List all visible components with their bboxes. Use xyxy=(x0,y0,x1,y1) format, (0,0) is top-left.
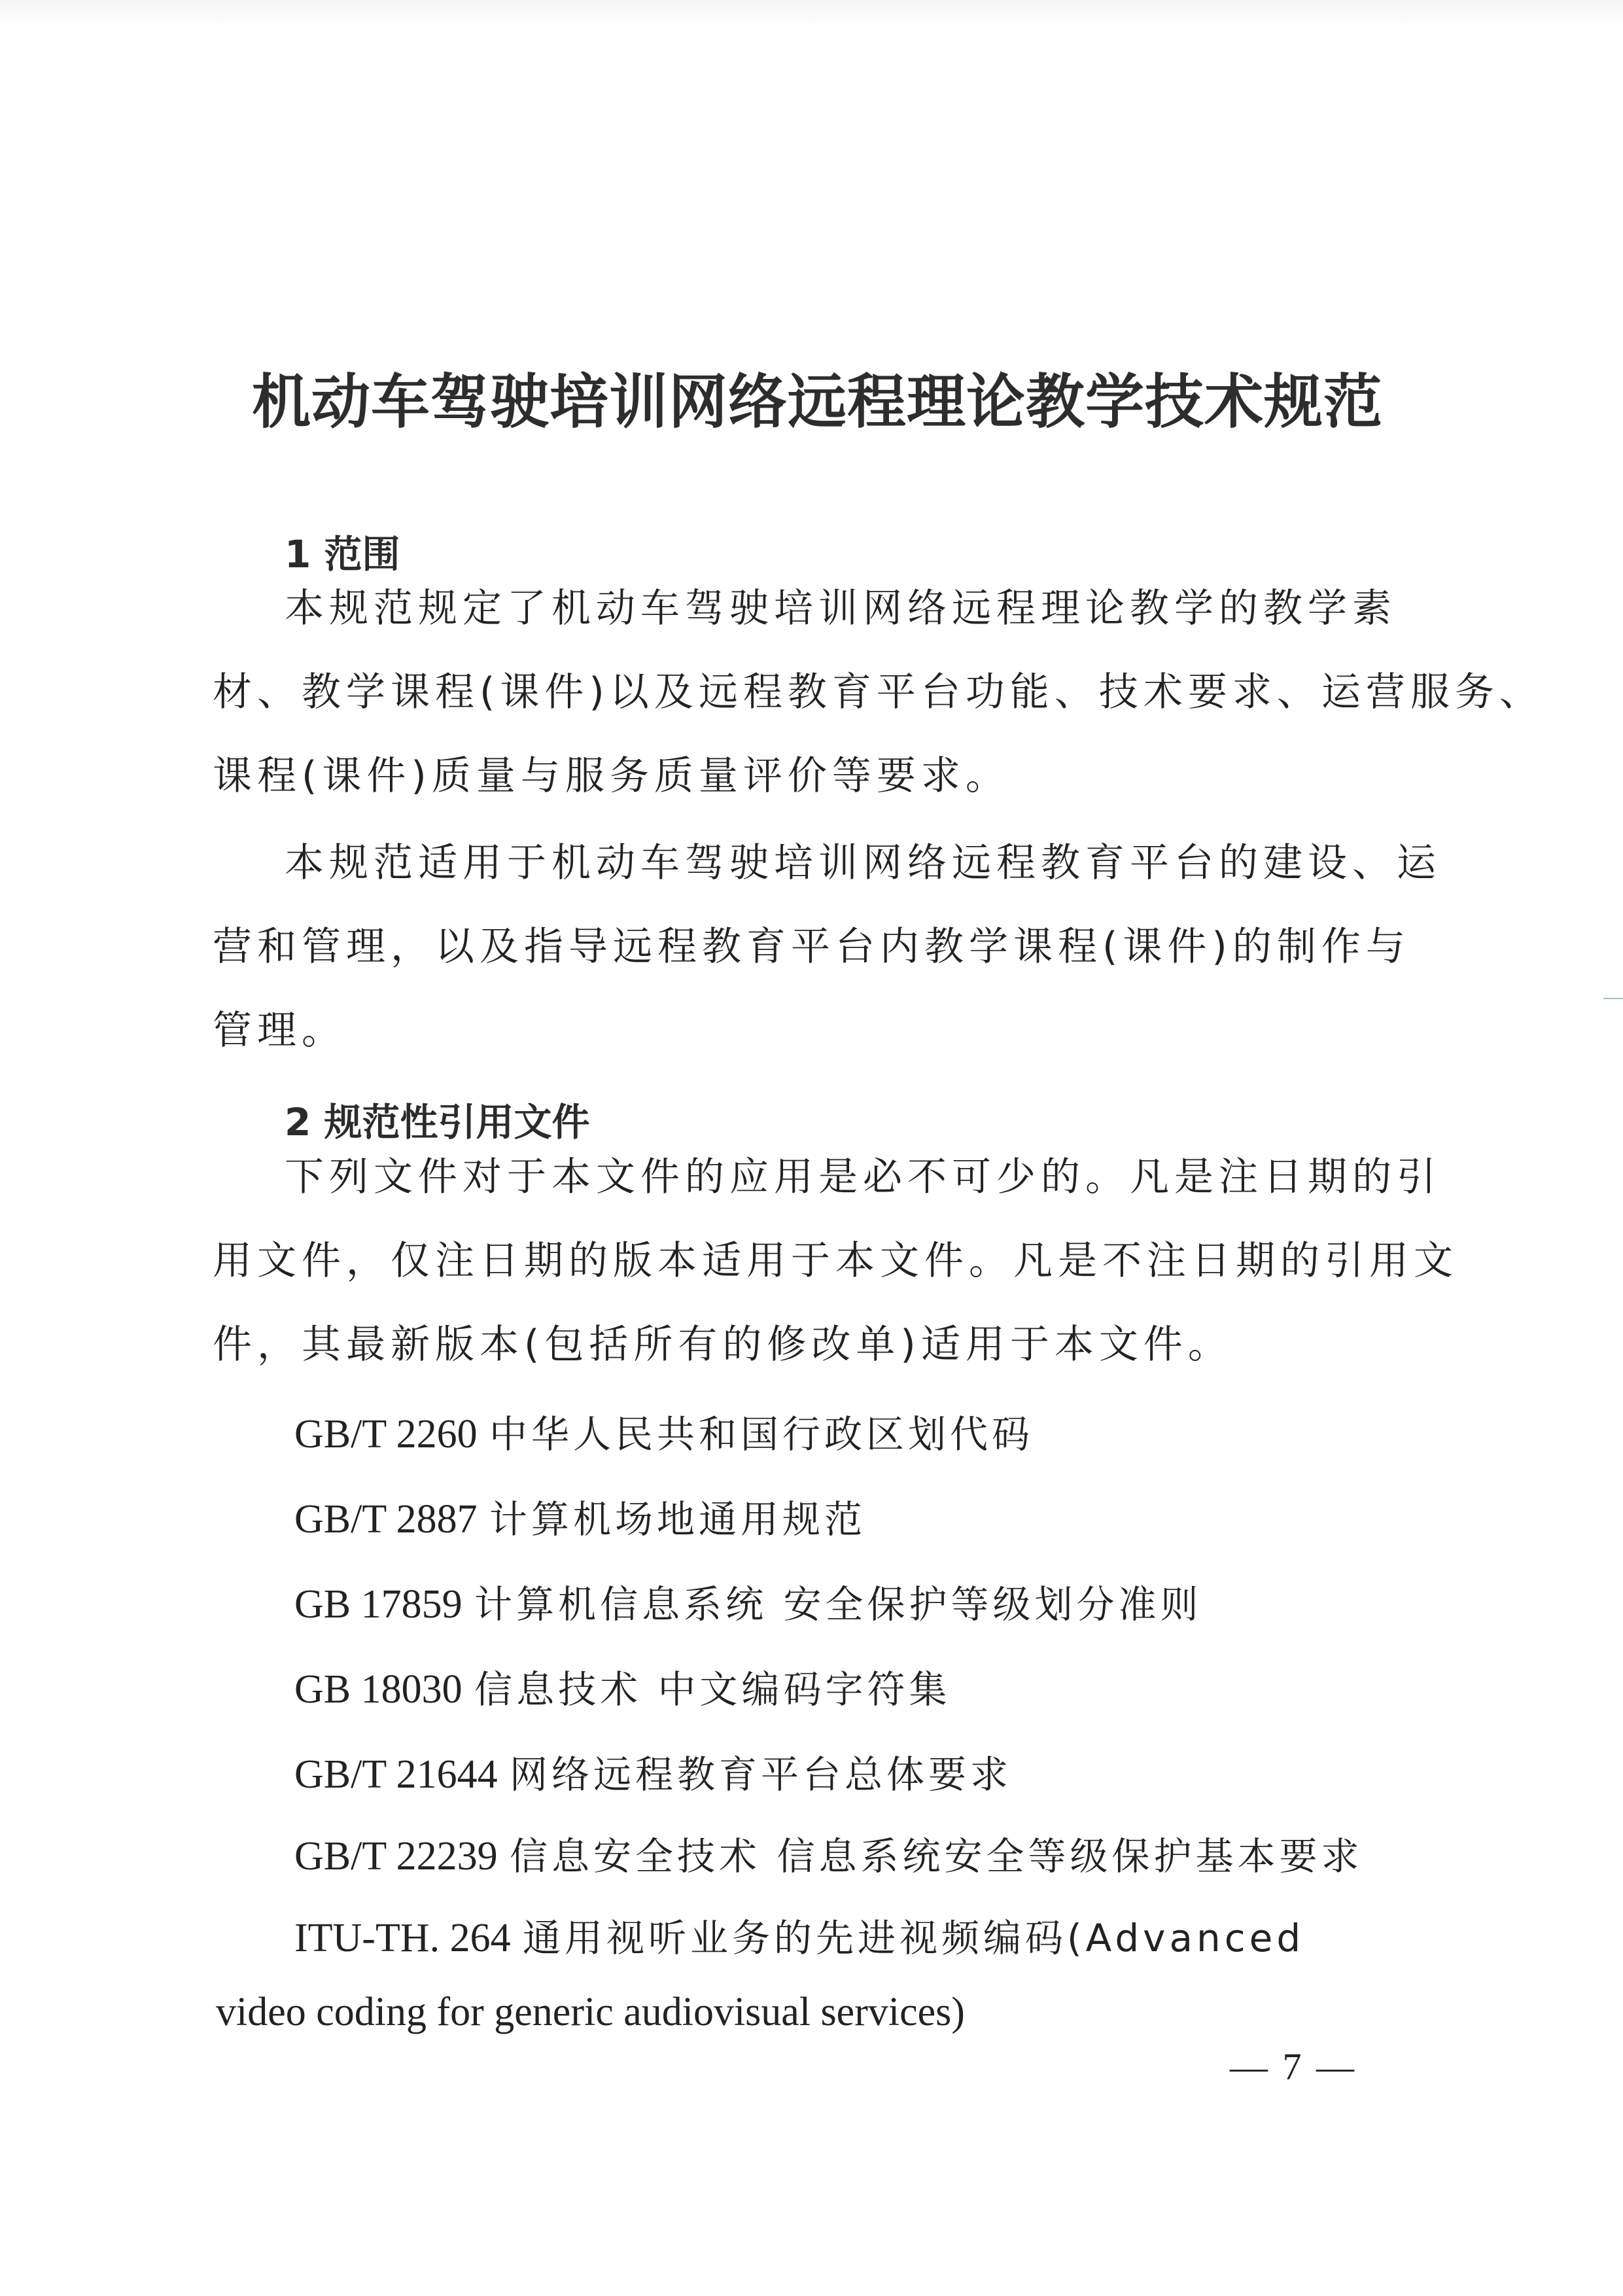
reference-code: GB/T 22239 xyxy=(294,1834,498,1879)
reference-item: GB/T 2260 中华人民共和国行政区划代码 xyxy=(294,1404,1034,1458)
reference-code: GB/T 2887 xyxy=(294,1497,478,1542)
paragraph-line: 本规范规定了机动车驾驶培训网络远程理论教学的教学素 xyxy=(213,567,1390,650)
paragraph-line: 材、教学课程(课件)以及远程教育平台功能、技术要求、运营服务、 xyxy=(141,650,1390,734)
paragraph-line: 下列文件对于本文件的应用是必不可少的。凡是注日期的引 xyxy=(213,1135,1390,1219)
reference-item: GB/T 2887 计算机场地通用规范 xyxy=(294,1489,866,1544)
reference-item: GB/T 21644 网络远程教育平台总体要求 xyxy=(294,1744,1012,1799)
reference-item: GB 18030 信息技术 中文编码字符集 xyxy=(294,1659,951,1714)
reference-item: ITU-TH. 264 通用视听业务的先进视频编码(Advanced xyxy=(294,1907,1304,1962)
reference-code: ITU-TH. 264 xyxy=(294,1916,511,1960)
scan-artifact xyxy=(0,0,1623,26)
paragraph-line: 本规范适用于机动车驾驶培训网络远程教育平台的建设、运 xyxy=(213,821,1390,905)
paragraph-line: 营和管理，以及指导远程教育平台内教学课程(课件)的制作与 xyxy=(141,905,1390,989)
reference-code: GB/T 21644 xyxy=(294,1752,498,1797)
paragraph-line: 课程(课件)质量与服务质量评价等要求。 xyxy=(141,734,1390,818)
reference-item: GB/T 22239 信息安全技术 信息系统安全等级保护基本要求 xyxy=(294,1826,1363,1881)
reference-code: GB 17859 xyxy=(294,1582,462,1627)
page-title: 机动车驾驶培训网络远程理论教学技术规范 xyxy=(252,366,1364,438)
paragraph-references-intro: 下列文件对于本文件的应用是必不可少的。凡是注日期的引 用文件，仅注日期的版本适用… xyxy=(213,1135,1390,1386)
paragraph-scope-1: 本规范规定了机动车驾驶培训网络远程理论教学的教学素 材、教学课程(课件)以及远程… xyxy=(213,567,1390,818)
reference-title: 信息安全技术 信息系统安全等级保护基本要求 xyxy=(510,1834,1363,1879)
paragraph-line: 件，其最新版本(包括所有的修改单)适用于本文件。 xyxy=(141,1303,1390,1386)
reference-item: GB 17859 计算机信息系统 安全保护等级划分准则 xyxy=(294,1574,1202,1629)
reference-code: GB/T 2260 xyxy=(294,1412,478,1457)
reference-title: 计算机场地通用规范 xyxy=(489,1497,866,1542)
reference-title: 网络远程教育平台总体要求 xyxy=(510,1752,1012,1797)
paragraph-scope-2: 本规范适用于机动车驾驶培训网络远程教育平台的建设、运 营和管理，以及指导远程教育… xyxy=(213,821,1390,1072)
reference-title: 中华人民共和国行政区划代码 xyxy=(489,1412,1034,1457)
reference-title-continuation: video coding for generic audiovisual ser… xyxy=(216,1989,965,2036)
paragraph-line: 用文件，仅注日期的版本适用于本文件。凡是不注日期的引用文 xyxy=(141,1219,1390,1303)
paragraph-line: 管理。 xyxy=(141,989,1390,1072)
reference-title: 信息技术 中文编码字符集 xyxy=(474,1667,951,1712)
reference-title: 计算机信息系统 安全保护等级划分准则 xyxy=(474,1582,1202,1627)
scan-edge-mark xyxy=(1603,998,1623,999)
reference-title: 通用视听业务的先进视频编码(Advanced xyxy=(523,1916,1304,1960)
page-number: — 7 — xyxy=(1230,2045,1357,2089)
reference-code: GB 18030 xyxy=(294,1667,462,1712)
